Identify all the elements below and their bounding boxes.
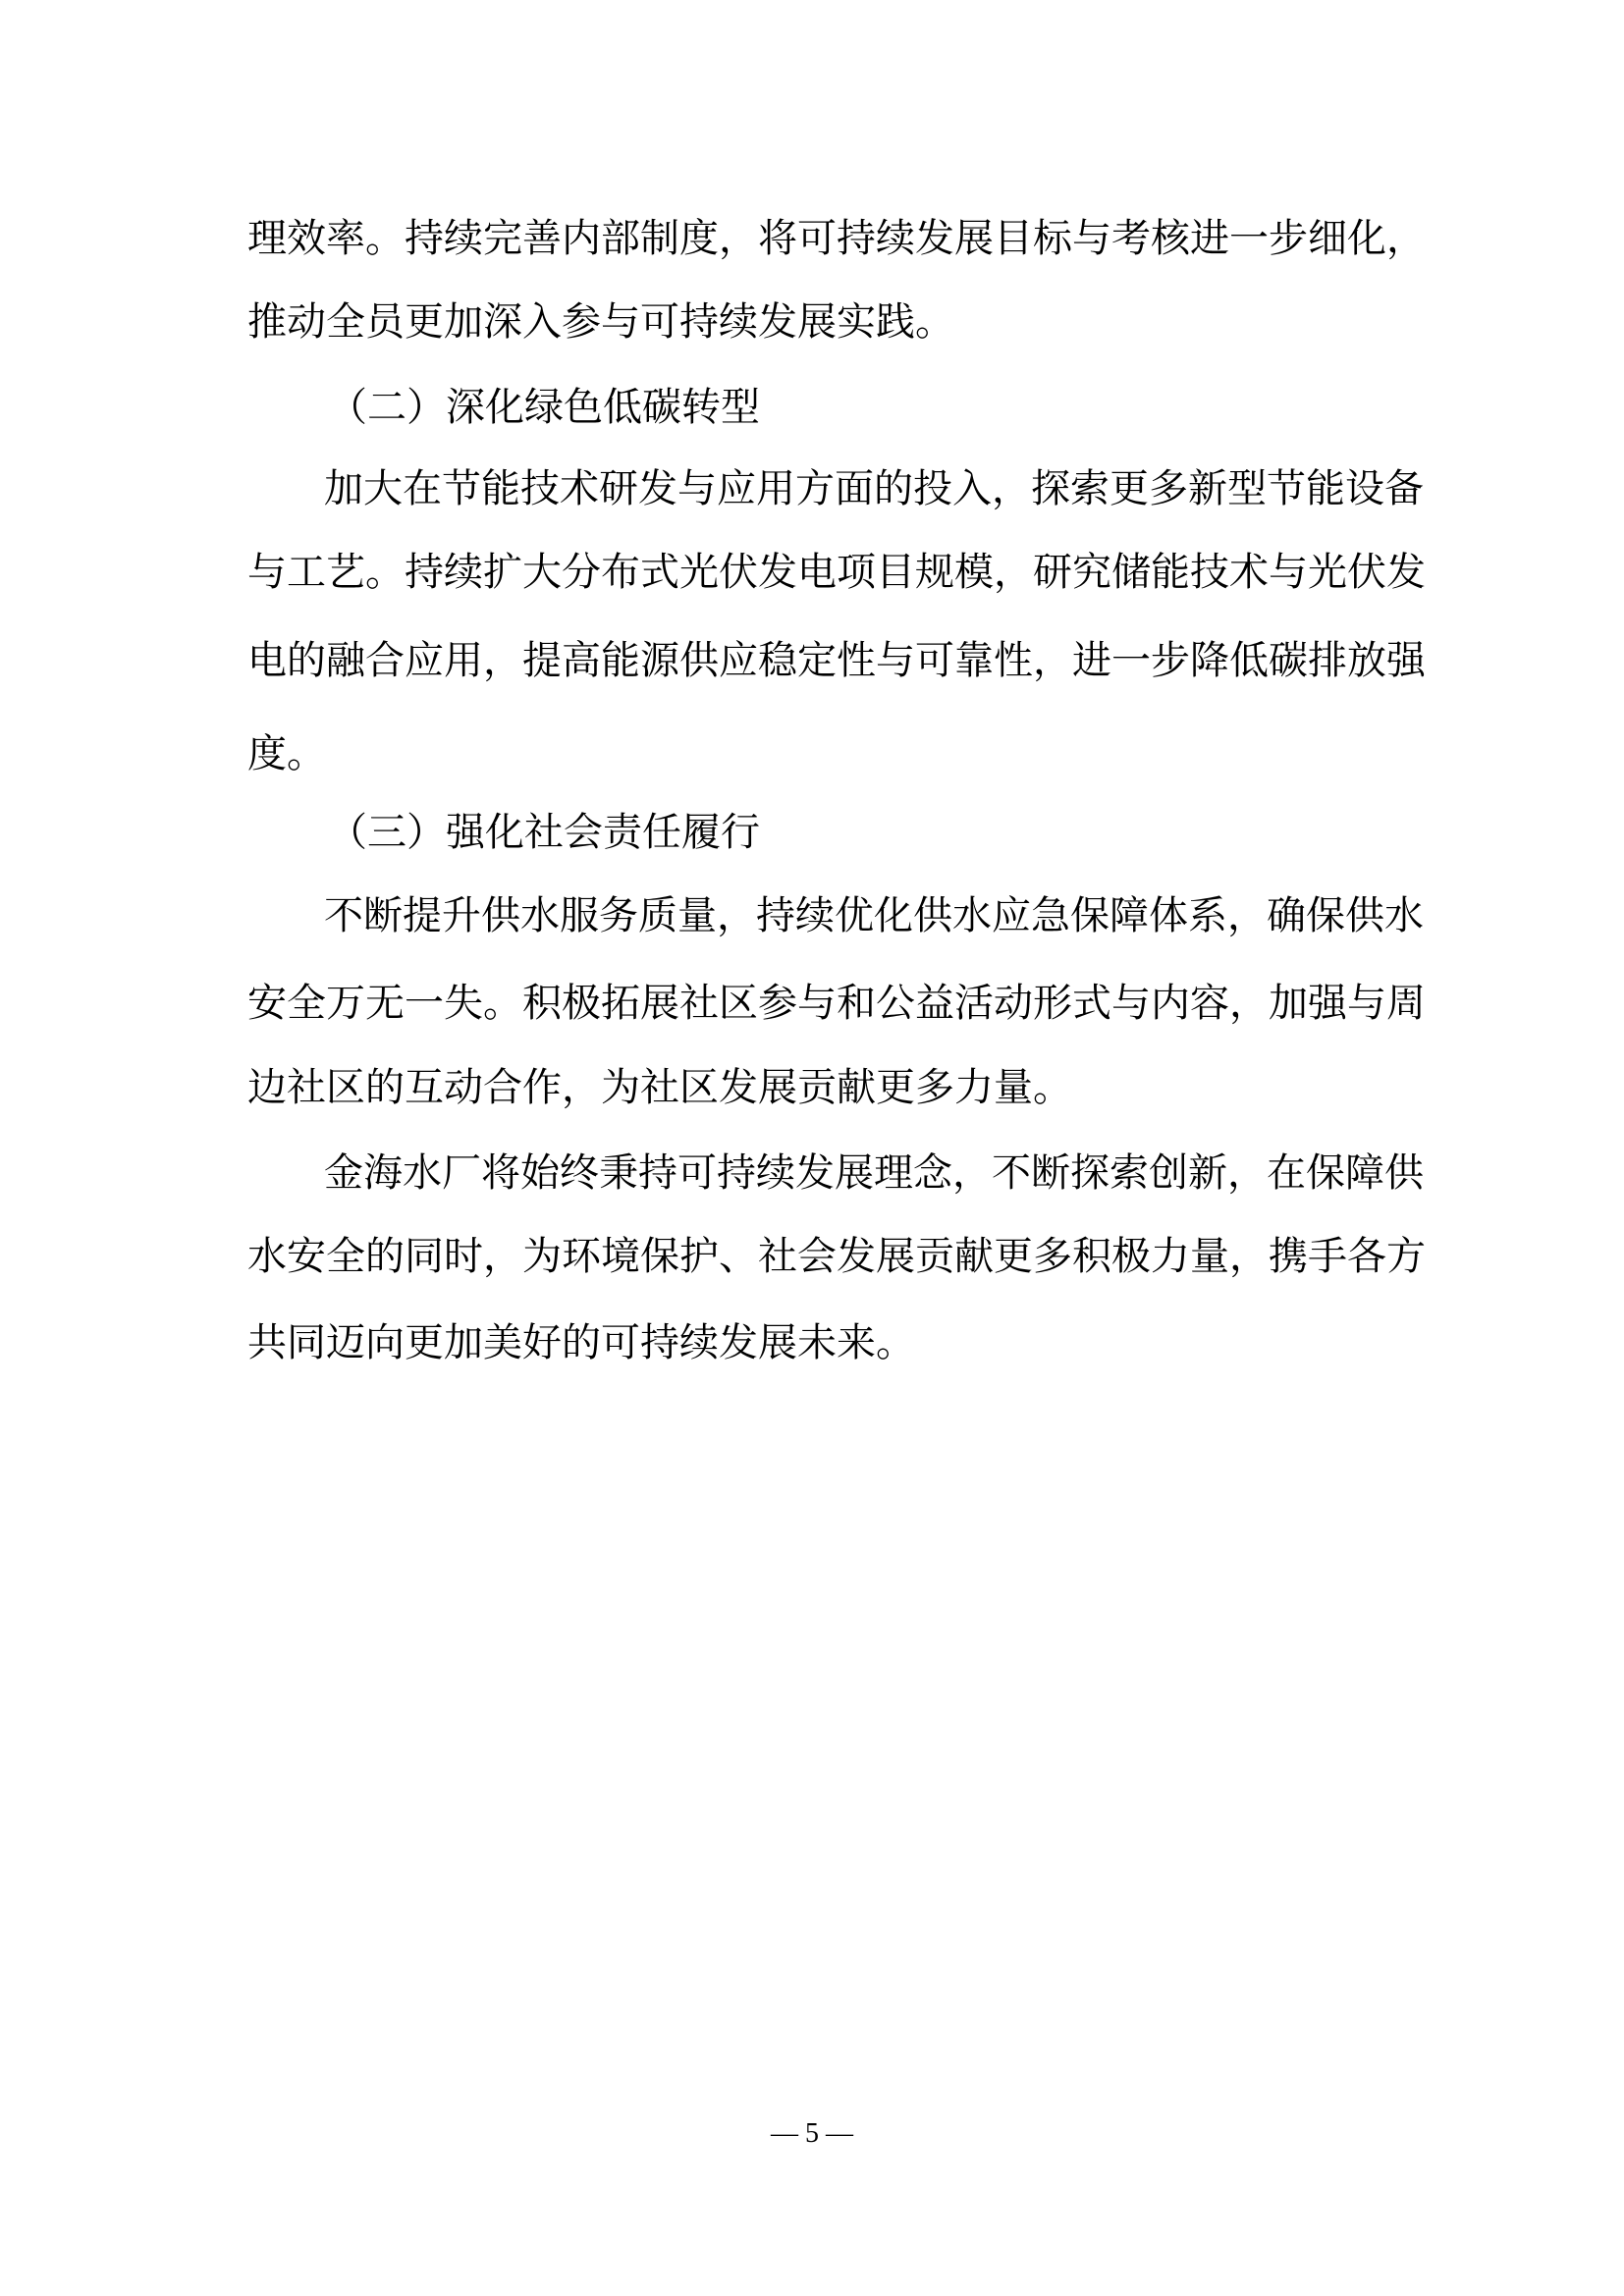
paragraph-line: 金海水厂将始终秉持可持续发展理念，不断探索创新，在保障供 [324,1151,1379,1195]
paragraph-line: 推动全员更加深入参与可持续发展实践。 [247,300,1379,344]
document-page: 理效率。持续完善内部制度，将可持续发展目标与考核进一步细化， 推动全员更加深入参… [0,0,1624,2296]
paragraph-line: 安全万无一失。积极拓展社区参与和公益活动形式与内容，加强与周 [247,982,1379,1025]
paragraph-line: 共同迈向更加美好的可持续发展未来。 [247,1321,1379,1364]
paragraph-line: 电的融合应用，提高能源供应稳定性与可靠性，进一步降低碳排放强 [247,639,1379,682]
paragraph-line: 加大在节能技术研发与应用方面的投入，探索更多新型节能设备 [324,467,1379,510]
paragraph-line: 水安全的同时，为环境保护、社会发展贡献更多积极力量，携手各方 [247,1235,1379,1278]
paragraph-line: 不断提升供水服务质量，持续优化供水应急保障体系，确保供水 [324,894,1379,937]
paragraph-line: 度。 [247,732,1379,775]
paragraph-line: 边社区的互动合作，为社区发展贡献更多力量。 [247,1066,1379,1109]
section-heading-2: （二）深化绿色低碳转型 [328,386,760,429]
paragraph-line: 与工艺。持续扩大分布式光伏发电项目规模，研究储能技术与光伏发 [247,551,1379,594]
paragraph-line: 理效率。持续完善内部制度，将可持续发展目标与考核进一步细化， [247,217,1379,260]
page-number: — 5 — [0,2118,1624,2150]
section-heading-3: （三）强化社会责任履行 [328,811,760,854]
